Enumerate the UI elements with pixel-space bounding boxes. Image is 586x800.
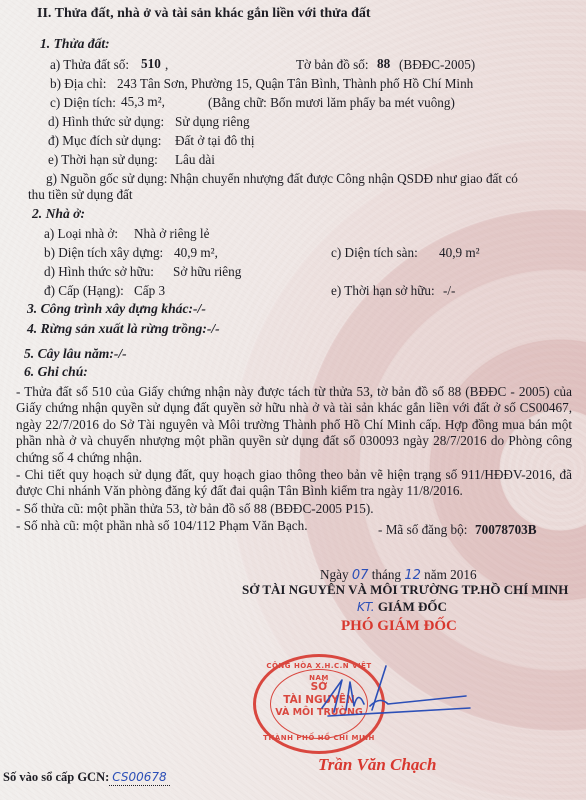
origin-label: g) Nguồn gốc sử dụng: — [46, 171, 167, 187]
parcel-value: 510 — [141, 56, 161, 72]
section-title: II. Thửa đất, nhà ở và tài sản khác gắn … — [37, 6, 371, 22]
kt-handwritten: KT. — [357, 600, 375, 614]
floor-area-value: 40,9 m² — [439, 245, 480, 261]
gcn-entry-value: CS00678 — [109, 769, 169, 786]
land-heading: 1. Thửa đất: — [40, 36, 110, 52]
address-value: 243 Tân Sơn, Phường 15, Quận Tân Bình, T… — [117, 76, 473, 92]
house-type-label: a) Loại nhà ở: — [44, 226, 118, 242]
gcn-entry-label: Số vào sổ cấp GCN: — [3, 770, 109, 784]
seal-ring-bottom: THÀNH PHỐ HỒ CHÍ MINH — [256, 732, 382, 744]
issuing-authority: SỞ TÀI NGUYÊN VÀ MÔI TRƯỜNG TP.HỒ CHÍ MI… — [242, 582, 568, 598]
ownership-term-label: e) Thời hạn sở hữu: — [331, 283, 435, 299]
origin-value-line2: thu tiền sử dụng đất — [28, 187, 133, 203]
purpose-label: đ) Mục đích sử dụng: — [48, 133, 161, 149]
perennial-trees: 5. Cây lâu năm:-/- — [24, 346, 127, 362]
notes-heading: 6. Ghi chú: — [24, 364, 88, 380]
date-month-label: tháng — [372, 567, 401, 582]
area-label: c) Diện tích: — [50, 95, 116, 111]
note-item-3: - Số thửa cũ: một phần thửa 53, tờ bản đ… — [16, 501, 374, 517]
build-area-label: b) Diện tích xây dựng: — [44, 245, 163, 261]
note-item-1: - Thửa đất số 510 của Giấy chứng nhận nà… — [16, 384, 572, 466]
gcn-entry: Số vào sổ cấp GCN:CS00678 — [3, 769, 170, 786]
ownership-term-value: -/- — [443, 283, 455, 299]
production-forest: 4. Rừng sản xuất là rừng trồng:-/- — [27, 321, 220, 337]
build-area-value: 40,9 m², — [174, 245, 218, 261]
registry-label: - Mã số đăng bộ: — [378, 522, 467, 538]
area-value: 45,3 m², — [121, 94, 165, 110]
parcel-label: a) Thửa đất số: — [50, 57, 129, 73]
house-type-value: Nhà ở riêng lẻ — [134, 226, 209, 242]
certificate-page: II. Thửa đất, nhà ở và tài sản khác gắn … — [0, 0, 586, 800]
map-label: Tờ bản đồ số: — [296, 57, 369, 73]
house-heading: 2. Nhà ở: — [32, 206, 85, 222]
term-value: Lâu dài — [175, 152, 215, 168]
address-label: b) Địa chỉ: — [50, 76, 106, 92]
grade-label: đ) Cấp (Hạng): — [44, 283, 124, 299]
purpose-value: Đất ở tại đô thị — [175, 133, 255, 149]
date-month-handwritten: 12 — [404, 568, 421, 583]
deputy-director-title: PHÓ GIÁM ĐỐC — [341, 618, 457, 634]
date-year: năm 2016 — [424, 567, 476, 582]
director-title: GIÁM ĐỐC — [378, 599, 447, 614]
note-item-2: - Chi tiết quy hoạch sử dụng đất, quy ho… — [16, 467, 572, 500]
map-suffix: (BĐĐC-2005) — [399, 57, 475, 73]
ownership-value: Sở hữu riêng — [173, 264, 241, 280]
grade-value: Cấp 3 — [134, 283, 165, 299]
floor-area-label: c) Diện tích sàn: — [331, 245, 418, 261]
signer-name: Trần Văn Chạch — [318, 757, 436, 773]
handwritten-signature — [320, 660, 480, 730]
other-works: 3. Công trình xây dựng khác:-/- — [27, 301, 206, 317]
registry-value: 70078703B — [475, 522, 537, 538]
usage-form-label: d) Hình thức sử dụng: — [48, 114, 164, 130]
parcel-suffix: , — [165, 57, 168, 73]
date-day-handwritten: 07 — [352, 568, 369, 583]
note-item-4: - Số nhà cũ: một phần nhà số 104/112 Phạ… — [16, 518, 308, 534]
director-line: KT. GIÁM ĐỐC — [357, 599, 447, 615]
date-prefix: Ngày — [320, 567, 349, 582]
ownership-label: d) Hình thức sở hữu: — [44, 264, 154, 280]
usage-form-value: Sử dụng riêng — [175, 114, 250, 130]
origin-value-line1: Nhận chuyển nhượng đất được Công nhận QS… — [170, 171, 518, 187]
area-words: (Bằng chữ: Bốn mươi lăm phẩy ba mét vuôn… — [208, 95, 455, 111]
map-value: 88 — [377, 56, 390, 72]
term-label: e) Thời hạn sử dụng: — [48, 152, 158, 168]
